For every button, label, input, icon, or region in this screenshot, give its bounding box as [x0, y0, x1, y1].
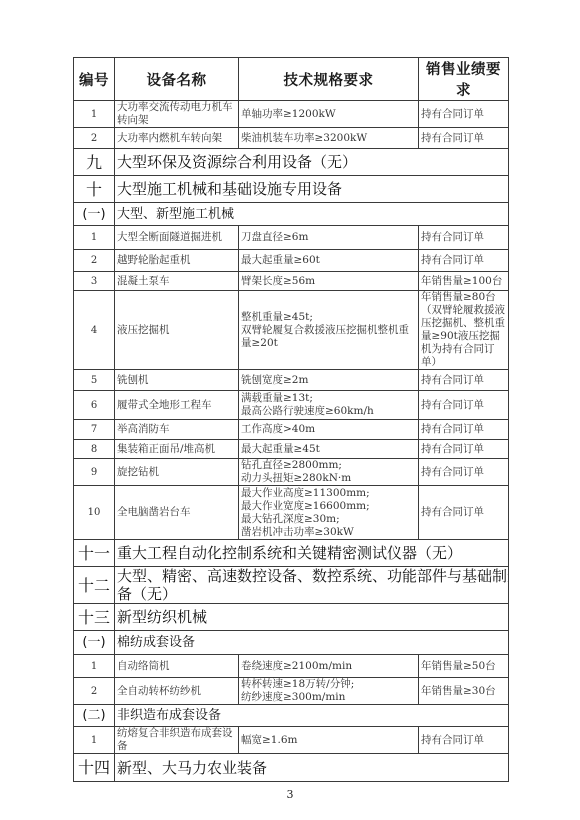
subsection-row: (一)大型、新型施工机械	[74, 203, 509, 226]
cell-line: 持有合同订单	[421, 254, 506, 267]
cell-line: 铣刨宽度≥2m	[241, 374, 416, 387]
technical-spec: 柴油机装车功率≥3200kW	[239, 128, 419, 149]
cell-line: 满载重量≥13t;	[241, 392, 416, 405]
sales-requirement: 持有合同订单	[419, 486, 509, 540]
cell-line: 动力头扭矩≥280kN·m	[241, 472, 416, 485]
cell-line: 最高公路行驶速度≥60km/h	[241, 405, 416, 418]
item-number: 10	[74, 486, 115, 540]
cell-line: 钻孔直径≥2800mm;	[241, 459, 416, 472]
table-row: 1自动络筒机卷绕速度≥2100m/min年销售量≥50台	[74, 655, 509, 678]
section-row: 十一重大工程自动化控制系统和关键精密测试仪器（无）	[74, 540, 509, 567]
technical-spec: 最大起重量≥60t	[239, 250, 419, 272]
cell-line: 大功率交流传动电力机车	[117, 101, 236, 114]
cell-line: 凿岩机冲击功率≥30kW	[241, 526, 416, 539]
cell-line: 越野轮胎起重机	[117, 254, 236, 267]
equipment-name: 举高消防车	[115, 420, 239, 440]
cell-line: 大型全断面隧道掘进机	[117, 231, 236, 244]
cell-line: 压挖掘机、整机重	[421, 317, 506, 330]
table-row: 10全电脑凿岩台车最大作业高度≥11300mm;最大作业宽度≥16600mm;最…	[74, 486, 509, 540]
item-number: 1	[74, 727, 115, 754]
item-number: 2	[74, 250, 115, 272]
section-title: 新型纺织机械	[115, 604, 509, 631]
section-row: 九大型环保及资源综合利用设备（无）	[74, 149, 509, 176]
subsection-number: (一)	[74, 631, 115, 655]
cell-line: 年销售量≥80台	[421, 291, 506, 304]
sales-requirement: 持有合同订单	[419, 250, 509, 272]
sales-requirement: 年销售量≥80台（双臂轮履救援液压挖掘机、整机重量≥90t液压挖掘机为持有合同订…	[419, 291, 509, 370]
cell-line: 单）	[421, 356, 506, 369]
cell-line: 新型、大马力农业装备	[117, 759, 506, 777]
cell-line: 纺熔复合非织造布成套设	[117, 727, 236, 740]
cell-line: 机为持有合同订	[421, 343, 506, 356]
sales-requirement: 年销售量≥30台	[419, 678, 509, 705]
cell-line: 刀盘直径≥6m	[241, 231, 416, 244]
cell-line: 双臂轮履复合救援液压挖掘机整机重	[241, 324, 416, 337]
cell-line: 量≥20t	[241, 337, 416, 350]
technical-spec: 铣刨宽度≥2m	[239, 370, 419, 391]
equipment-name: 大功率交流传动电力机车转向架	[115, 101, 239, 128]
section-title: 新型、大马力农业装备	[115, 754, 509, 782]
technical-spec: 刀盘直径≥6m	[239, 226, 419, 250]
cell-line: 年销售量≥30台	[421, 685, 506, 698]
technical-spec: 最大作业高度≥11300mm;最大作业宽度≥16600mm;最大钻孔深度≥30m…	[239, 486, 419, 540]
cell-line: 持有合同订单	[421, 506, 506, 519]
section-number: 十二	[74, 567, 115, 604]
cell-line: 持有合同订单	[421, 132, 506, 145]
header-technical-spec: 技术规格要求	[239, 58, 419, 101]
item-number: 1	[74, 655, 115, 678]
technical-spec: 钻孔直径≥2800mm;动力头扭矩≥280kN·m	[239, 459, 419, 486]
item-number: 1	[74, 101, 115, 128]
section-number: 十一	[74, 540, 115, 567]
subsection-number: (一)	[74, 203, 115, 226]
cell-line: （双臂轮履救援液	[421, 304, 506, 317]
cell-line: 整机重量≥45t;	[241, 311, 416, 324]
table-row: 1大功率交流传动电力机车转向架单轴功率≥1200kW持有合同订单	[74, 101, 509, 128]
equipment-spec-table: 编号 设备名称 技术规格要求 销售业绩要求 1大功率交流传动电力机车转向架单轴功…	[73, 57, 509, 782]
technical-spec: 幅宽≥1.6m	[239, 727, 419, 754]
table-row: 8集装箱正面吊/堆高机最大起重量≥45t持有合同订单	[74, 440, 509, 459]
header-equipment-name: 设备名称	[115, 58, 239, 101]
subsection-title: 非织造布成套设备	[115, 705, 509, 727]
header-sales-requirement: 销售业绩要求	[419, 58, 509, 101]
cell-line: 履带式全地形工程车	[117, 399, 236, 412]
cell-line: 铣刨机	[117, 374, 236, 387]
item-number: 2	[74, 678, 115, 705]
subsection-title: 棉纺成套设备	[115, 631, 509, 655]
equipment-name: 大功率内燃机车转向架	[115, 128, 239, 149]
table-body: 1大功率交流传动电力机车转向架单轴功率≥1200kW持有合同订单2大功率内燃机车…	[74, 101, 509, 782]
section-title: 大型、精密、高速数控设备、数控系统、功能部件与基础制造装备（无）	[115, 567, 509, 604]
table-row: 6履带式全地形工程车满载重量≥13t;最高公路行驶速度≥60km/h持有合同订单	[74, 391, 509, 420]
cell-line: 臂架长度≥56m	[241, 275, 416, 288]
item-number: 9	[74, 459, 115, 486]
equipment-name: 越野轮胎起重机	[115, 250, 239, 272]
section-number: 九	[74, 149, 115, 176]
cell-line: 新型纺织机械	[117, 608, 506, 626]
technical-spec: 满载重量≥13t;最高公路行驶速度≥60km/h	[239, 391, 419, 420]
cell-line: 最大作业宽度≥16600mm;	[241, 500, 416, 513]
page-number: 3	[0, 788, 580, 801]
cell-line: 大型、精密、高速数控设备、数控系统、功能部件与基础制造装	[117, 567, 506, 585]
cell-line: 持有合同订单	[421, 734, 506, 747]
cell-line: 持有合同订单	[421, 443, 506, 456]
subsection-row: (二)非织造布成套设备	[74, 705, 509, 727]
equipment-name: 铣刨机	[115, 370, 239, 391]
item-number: 6	[74, 391, 115, 420]
table-row: 7举高消防车工作高度>40m持有合同订单	[74, 420, 509, 440]
section-number: 十三	[74, 604, 115, 631]
sales-requirement: 年销售量≥100台	[419, 272, 509, 291]
cell-line: 自动络筒机	[117, 660, 236, 673]
table-row: 2全自动转杯纺纱机转杯转速≥18万转/分钟;纺纱速度≥300m/min年销售量≥…	[74, 678, 509, 705]
equipment-name: 履带式全地形工程车	[115, 391, 239, 420]
cell-line: 持有合同订单	[421, 374, 506, 387]
sales-requirement: 持有合同订单	[419, 226, 509, 250]
technical-spec: 卷绕速度≥2100m/min	[239, 655, 419, 678]
technical-spec: 单轴功率≥1200kW	[239, 101, 419, 128]
cell-line: 备	[117, 740, 236, 753]
section-title: 大型环保及资源综合利用设备（无）	[115, 149, 509, 176]
section-title: 重大工程自动化控制系统和关键精密测试仪器（无）	[115, 540, 509, 567]
cell-line: 持有合同订单	[421, 231, 506, 244]
equipment-name: 纺熔复合非织造布成套设备	[115, 727, 239, 754]
cell-line: 幅宽≥1.6m	[241, 734, 416, 747]
document-page: 编号 设备名称 技术规格要求 销售业绩要求 1大功率交流传动电力机车转向架单轴功…	[0, 0, 580, 820]
cell-line: 年销售量≥100台	[421, 275, 506, 288]
equipment-name: 全自动转杯纺纱机	[115, 678, 239, 705]
section-row: 十大型施工机械和基础设施专用设备	[74, 176, 509, 203]
cell-line: 大功率内燃机车转向架	[117, 132, 236, 145]
equipment-name: 自动络筒机	[115, 655, 239, 678]
cell-line: 持有合同订单	[421, 108, 506, 121]
cell-line: 单轴功率≥1200kW	[241, 108, 416, 121]
sales-requirement: 持有合同订单	[419, 101, 509, 128]
equipment-name: 旋挖钻机	[115, 459, 239, 486]
cell-line: 持有合同订单	[421, 423, 506, 436]
cell-line: 举高消防车	[117, 423, 236, 436]
cell-line: 大型环保及资源综合利用设备（无）	[117, 153, 506, 171]
item-number: 2	[74, 128, 115, 149]
equipment-name: 全电脑凿岩台车	[115, 486, 239, 540]
item-number: 3	[74, 272, 115, 291]
subsection-title: 大型、新型施工机械	[115, 203, 509, 226]
sales-requirement: 持有合同订单	[419, 420, 509, 440]
sales-requirement: 持有合同订单	[419, 727, 509, 754]
technical-spec: 工作高度>40m	[239, 420, 419, 440]
cell-line: 量≥90t液压挖掘	[421, 330, 506, 343]
cell-line: 大型施工机械和基础设施专用设备	[117, 180, 506, 198]
item-number: 7	[74, 420, 115, 440]
table-row: 1纺熔复合非织造布成套设备幅宽≥1.6m持有合同订单	[74, 727, 509, 754]
sales-requirement: 持有合同订单	[419, 128, 509, 149]
item-number: 4	[74, 291, 115, 370]
cell-line: 备（无）	[117, 585, 506, 603]
sales-requirement: 持有合同订单	[419, 440, 509, 459]
table-row: 9旋挖钻机钻孔直径≥2800mm;动力头扭矩≥280kN·m持有合同订单	[74, 459, 509, 486]
section-row: 十二大型、精密、高速数控设备、数控系统、功能部件与基础制造装备（无）	[74, 567, 509, 604]
table-row: 1大型全断面隧道掘进机刀盘直径≥6m持有合同订单	[74, 226, 509, 250]
item-number: 8	[74, 440, 115, 459]
cell-line: 持有合同订单	[421, 466, 506, 479]
cell-line: 集装箱正面吊/堆高机	[117, 443, 236, 456]
subsection-row: (一)棉纺成套设备	[74, 631, 509, 655]
item-number: 1	[74, 226, 115, 250]
equipment-name: 液压挖掘机	[115, 291, 239, 370]
technical-spec: 转杯转速≥18万转/分钟;纺纱速度≥300m/min	[239, 678, 419, 705]
table-row: 5铣刨机铣刨宽度≥2m持有合同订单	[74, 370, 509, 391]
table-header-row: 编号 设备名称 技术规格要求 销售业绩要求	[74, 58, 509, 101]
equipment-name: 混凝土泵车	[115, 272, 239, 291]
table-row: 2大功率内燃机车转向架柴油机装车功率≥3200kW持有合同订单	[74, 128, 509, 149]
item-number: 5	[74, 370, 115, 391]
cell-line: 持有合同订单	[421, 399, 506, 412]
technical-spec: 整机重量≥45t;双臂轮履复合救援液压挖掘机整机重量≥20t	[239, 291, 419, 370]
technical-spec: 最大起重量≥45t	[239, 440, 419, 459]
section-row: 十三新型纺织机械	[74, 604, 509, 631]
cell-line: 最大钻孔深度≥30m;	[241, 513, 416, 526]
equipment-name: 集装箱正面吊/堆高机	[115, 440, 239, 459]
sales-requirement: 持有合同订单	[419, 370, 509, 391]
header-number: 编号	[74, 58, 115, 101]
section-number: 十	[74, 176, 115, 203]
cell-line: 转杯转速≥18万转/分钟;	[241, 678, 416, 691]
cell-line: 柴油机装车功率≥3200kW	[241, 132, 416, 145]
equipment-name: 大型全断面隧道掘进机	[115, 226, 239, 250]
cell-line: 最大起重量≥60t	[241, 254, 416, 267]
subsection-number: (二)	[74, 705, 115, 727]
table-row: 4液压挖掘机整机重量≥45t;双臂轮履复合救援液压挖掘机整机重量≥20t年销售量…	[74, 291, 509, 370]
cell-line: 年销售量≥50台	[421, 660, 506, 673]
sales-requirement: 年销售量≥50台	[419, 655, 509, 678]
cell-line: 重大工程自动化控制系统和关键精密测试仪器（无）	[117, 544, 506, 562]
section-number: 十四	[74, 754, 115, 782]
technical-spec: 臂架长度≥56m	[239, 272, 419, 291]
cell-line: 卷绕速度≥2100m/min	[241, 660, 416, 673]
cell-line: 全电脑凿岩台车	[117, 506, 236, 519]
cell-line: 混凝土泵车	[117, 275, 236, 288]
cell-line: 全自动转杯纺纱机	[117, 685, 236, 698]
sales-requirement: 持有合同订单	[419, 391, 509, 420]
cell-line: 转向架	[117, 114, 236, 127]
cell-line: 液压挖掘机	[117, 324, 236, 337]
table-row: 2越野轮胎起重机最大起重量≥60t持有合同订单	[74, 250, 509, 272]
section-row: 十四新型、大马力农业装备	[74, 754, 509, 782]
cell-line: 旋挖钻机	[117, 466, 236, 479]
sales-requirement: 持有合同订单	[419, 459, 509, 486]
table-row: 3混凝土泵车臂架长度≥56m年销售量≥100台	[74, 272, 509, 291]
section-title: 大型施工机械和基础设施专用设备	[115, 176, 509, 203]
cell-line: 工作高度>40m	[241, 423, 416, 436]
cell-line: 最大起重量≥45t	[241, 443, 416, 456]
cell-line: 最大作业高度≥11300mm;	[241, 487, 416, 500]
cell-line: 纺纱速度≥300m/min	[241, 691, 416, 704]
